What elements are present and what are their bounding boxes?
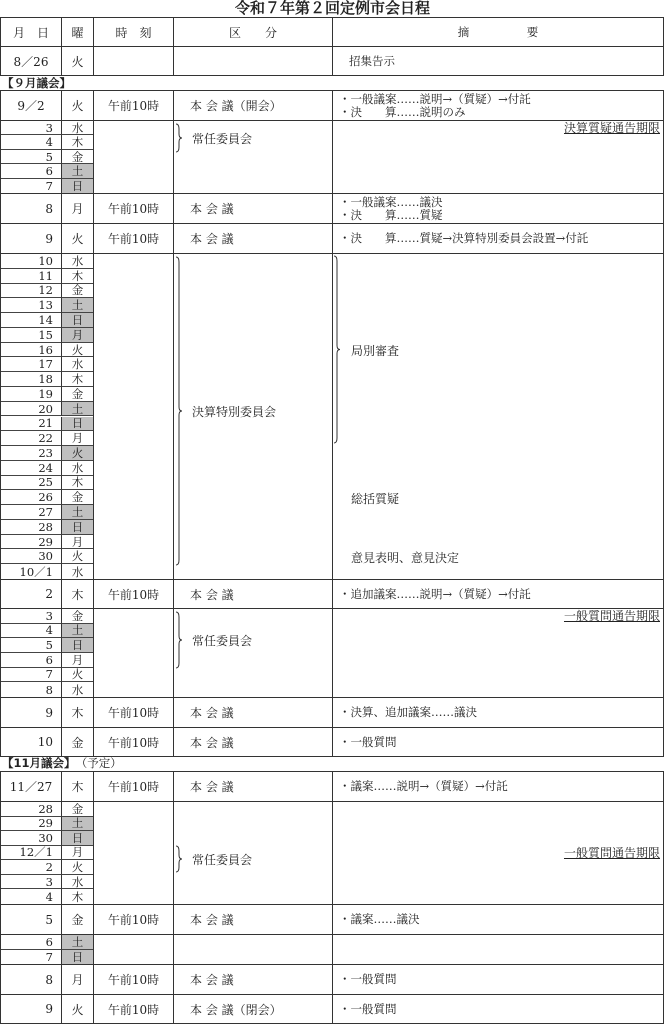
day-row: 27土 xyxy=(1,505,93,520)
dow-cell-holiday: 日 xyxy=(61,417,93,432)
table-row: 9／2火午前10時本 会 議（開会）・一般議案……説明→（質疑）→付託・決 算…… xyxy=(0,90,664,121)
summary-cell: ・一般議案……説明→（質疑）→付託・決 算……説明のみ xyxy=(332,91,663,120)
date-cell: 8 xyxy=(1,194,61,223)
date-cell: 4 xyxy=(1,135,61,149)
date-cell: 9 xyxy=(1,995,61,1023)
date-cell: 10／1 xyxy=(1,564,61,579)
date-cell: 28 xyxy=(1,802,61,817)
dow-cell: 木 xyxy=(61,269,93,284)
date-cell: 21 xyxy=(1,417,61,432)
summary-line: ・決算、追加議案……議決 xyxy=(339,706,477,719)
section-label-november: 【11月議会】（予定） xyxy=(2,756,122,770)
date-cell: 15 xyxy=(1,328,61,343)
day-row: 25木 xyxy=(1,476,93,491)
header-summary: 摘 要 xyxy=(332,18,663,46)
table-row: 8月午前10時本 会 議・一般議案……議決・決 算……質疑 xyxy=(0,193,664,224)
dow-cell: 火 xyxy=(61,668,93,683)
time-cell xyxy=(93,121,173,193)
day-row: 6土 xyxy=(1,164,93,178)
dow-cell: 木 xyxy=(61,372,93,387)
dow-cell-holiday: 月 xyxy=(61,328,93,343)
time-cell xyxy=(93,802,173,904)
date-cell: 7 xyxy=(1,179,61,193)
time-cell: 午前10時 xyxy=(93,772,173,801)
committee-label: 決算特別委員会 xyxy=(192,403,276,420)
date-cell: 8 xyxy=(1,965,61,994)
header-date: 月 日 xyxy=(1,18,61,46)
date-cell: 19 xyxy=(1,387,61,402)
day-row: 16火 xyxy=(1,343,93,358)
dow-cell: 木 xyxy=(61,698,93,727)
day-row: 29月 xyxy=(1,535,93,550)
summary-line: ・追加議案……説明→（質疑）→付託 xyxy=(339,588,531,601)
date-cell: 5 xyxy=(1,638,61,653)
deadline-note: 一般質問通告期限 xyxy=(564,607,660,624)
dow-cell-holiday: 火 xyxy=(61,446,93,461)
day-row: 7日 xyxy=(1,179,93,193)
date-cell: 16 xyxy=(1,343,61,358)
committee-label: 常任委員会 xyxy=(192,130,252,147)
table-row: 8月午前10時本 会 議・一般質問 xyxy=(0,964,664,995)
day-row: 20土 xyxy=(1,402,93,417)
summary-line: ・議案……説明→（質疑）→付託 xyxy=(339,780,508,793)
summary-cell: ・議案……議決 xyxy=(332,905,663,934)
date-cell: 29 xyxy=(1,817,61,832)
dow-cell: 月 xyxy=(61,653,93,668)
summary-line: ・一般質問 xyxy=(339,736,397,749)
summary-cell: 一般質問通告期限 xyxy=(332,609,663,697)
day-row: 10水 xyxy=(1,254,93,269)
kind-cell: 本 会 議 xyxy=(173,965,332,994)
kind-cell: 本 会 議（閉会） xyxy=(173,995,332,1023)
date-cell: 9／2 xyxy=(1,91,61,120)
time-cell: 午前10時 xyxy=(93,194,173,223)
table-row: 2木午前10時本 会 議・追加議案……説明→（質疑）→付託 xyxy=(0,579,664,609)
date-cell: 27 xyxy=(1,505,61,520)
day-row: 6月 xyxy=(1,653,93,668)
brace-icon xyxy=(175,123,183,153)
dow-cell: 月 xyxy=(61,965,93,994)
phase-label: 局別審査 xyxy=(351,342,399,359)
table-row: 9火午前10時本 会 議・決 算……質疑→決算特別委員会設置→付託 xyxy=(0,223,664,254)
dow-cell: 金 xyxy=(61,609,93,624)
date-cell: 17 xyxy=(1,357,61,372)
dow-cell: 金 xyxy=(61,728,93,756)
date-cell: 9 xyxy=(1,698,61,727)
date-cell: 18 xyxy=(1,372,61,387)
dow-cell-holiday: 土 xyxy=(61,624,93,639)
dow-cell-holiday: 日 xyxy=(61,950,93,965)
day-row: 17水 xyxy=(1,357,93,372)
kind-cell: 本 会 議 xyxy=(173,224,332,253)
kind-cell: 常任委員会 xyxy=(173,802,332,904)
day-row: 4木 xyxy=(1,889,93,904)
header-dow: 曜 xyxy=(61,18,93,46)
day-row: 11木 xyxy=(1,269,93,284)
summary-cell: ・一般質問 xyxy=(332,965,663,994)
day-row: 18木 xyxy=(1,372,93,387)
dow-cell: 火 xyxy=(61,47,93,75)
day-row: 7火 xyxy=(1,668,93,683)
time-cell xyxy=(93,609,173,697)
dow-cell: 木 xyxy=(61,580,93,608)
summary-line: ・一般質問 xyxy=(339,1003,397,1016)
time-cell xyxy=(93,254,173,579)
day-row: 23火 xyxy=(1,446,93,461)
table-row-group: 3水4木5金6土7日常任委員会決算質疑通告期限 xyxy=(0,120,664,194)
day-row: 22月 xyxy=(1,431,93,446)
dow-cell-holiday: 土 xyxy=(61,505,93,520)
dow-cell: 月 xyxy=(61,535,93,550)
summary-line: ・議案……議決 xyxy=(339,913,420,926)
table-row: 5金午前10時本 会 議・議案……議決 xyxy=(0,904,664,935)
summary-cell: 招集告示 xyxy=(332,47,663,75)
summary-line: ・決 算……質疑 xyxy=(339,209,443,222)
phase-label: 意見表明、意見決定 xyxy=(351,549,459,566)
time-cell xyxy=(93,935,173,964)
dow-cell: 金 xyxy=(61,490,93,505)
summary-cell: 一般質問通告期限 xyxy=(332,802,663,904)
table-header: 月 日 曜 時 刻 区 分 摘 要 xyxy=(0,17,664,47)
dow-cell-holiday: 日 xyxy=(61,179,93,193)
date-cell: 22 xyxy=(1,431,61,446)
kind-cell: 本 会 議 xyxy=(173,728,332,756)
time-cell: 午前10時 xyxy=(93,965,173,994)
day-row: 4土 xyxy=(1,624,93,639)
day-row: 6土 xyxy=(1,935,93,950)
dow-cell-holiday: 土 xyxy=(61,164,93,178)
day-row: 26金 xyxy=(1,490,93,505)
time-cell: 午前10時 xyxy=(93,224,173,253)
date-cell: 11 xyxy=(1,269,61,284)
date-cell: 12 xyxy=(1,284,61,299)
summary-cell: 局別審査総括質疑意見表明、意見決定 xyxy=(332,254,663,579)
day-row: 19金 xyxy=(1,387,93,402)
date-cell: 20 xyxy=(1,402,61,417)
dow-cell: 月 xyxy=(61,194,93,223)
time-cell xyxy=(93,47,173,75)
date-cell: 7 xyxy=(1,668,61,683)
day-row: 21日 xyxy=(1,417,93,432)
date-cell: 6 xyxy=(1,653,61,668)
dow-cell: 火 xyxy=(61,224,93,253)
dow-cell: 水 xyxy=(61,254,93,269)
table-row-group: 3金4土5日6月7火8水常任委員会一般質問通告期限 xyxy=(0,608,664,698)
kind-cell: 常任委員会 xyxy=(173,121,332,193)
kind-cell: 常任委員会 xyxy=(173,609,332,697)
date-cell: 6 xyxy=(1,935,61,950)
day-row: 10／1水 xyxy=(1,564,93,579)
dow-cell: 金 xyxy=(61,387,93,402)
summary-cell: ・決算、追加議案……議決 xyxy=(332,698,663,727)
day-row: 28日 xyxy=(1,520,93,535)
summary-cell: 決算質疑通告期限 xyxy=(332,121,663,193)
date-cell: 3 xyxy=(1,609,61,624)
date-cell: 5 xyxy=(1,150,61,164)
date-cell: 3 xyxy=(1,875,61,890)
dow-cell: 金 xyxy=(61,905,93,934)
kind-cell: 本 会 議 xyxy=(173,580,332,608)
date-cell: 28 xyxy=(1,520,61,535)
summary-cell xyxy=(332,935,663,964)
table-row-group: 10水11木12金13土14日15月16火17水18木19金20土21日22月2… xyxy=(0,253,664,580)
dow-cell: 木 xyxy=(61,889,93,904)
kind-cell: 本 会 議 xyxy=(173,772,332,801)
dow-cell: 火 xyxy=(61,995,93,1023)
page-title: 令和７年第２回定例市会日程 xyxy=(0,0,665,17)
date-cell: 2 xyxy=(1,860,61,875)
time-cell: 午前10時 xyxy=(93,91,173,120)
committee-label: 常任委員会 xyxy=(192,632,252,649)
date-cell: 13 xyxy=(1,298,61,313)
kind-cell: 決算特別委員会 xyxy=(173,254,332,579)
date-cell: 4 xyxy=(1,889,61,904)
time-cell: 午前10時 xyxy=(93,580,173,608)
date-cell: 23 xyxy=(1,446,61,461)
summary-line: ・一般議案……説明→（質疑）→付託 xyxy=(339,93,531,106)
dow-cell-holiday: 日 xyxy=(61,313,93,328)
dow-cell-holiday: 日 xyxy=(61,638,93,653)
table-row: 8／26 火 招集告示 xyxy=(0,46,664,76)
time-cell: 午前10時 xyxy=(93,905,173,934)
date-cell: 8 xyxy=(1,682,61,697)
day-row: 3水 xyxy=(1,875,93,890)
date-cell: 4 xyxy=(1,624,61,639)
day-row: 12金 xyxy=(1,284,93,299)
time-cell: 午前10時 xyxy=(93,995,173,1023)
brace-icon xyxy=(333,255,341,444)
day-row: 14日 xyxy=(1,313,93,328)
day-row: 15月 xyxy=(1,328,93,343)
dow-cell: 火 xyxy=(61,91,93,120)
kind-cell xyxy=(173,47,332,75)
summary-cell: ・追加議案……説明→（質疑）→付託 xyxy=(332,580,663,608)
summary-line: ・決 算……説明のみ xyxy=(339,106,466,119)
table-row: 10金午前10時本 会 議・一般質問 xyxy=(0,727,664,757)
dow-cell: 水 xyxy=(61,564,93,579)
phase-label: 総括質疑 xyxy=(351,490,399,507)
table-row: 11／27木午前10時本 会 議・議案……説明→（質疑）→付託 xyxy=(0,771,664,802)
dow-cell: 木 xyxy=(61,772,93,801)
day-row: 13土 xyxy=(1,298,93,313)
kind-cell: 本 会 議（開会） xyxy=(173,91,332,120)
dow-cell: 月 xyxy=(61,431,93,446)
day-row: 3金 xyxy=(1,609,93,624)
date-cell: 10 xyxy=(1,254,61,269)
deadline-note: 決算質疑通告期限 xyxy=(564,119,660,136)
dow-cell-holiday: 土 xyxy=(61,298,93,313)
kind-cell: 本 会 議 xyxy=(173,905,332,934)
summary-cell: ・一般質問 xyxy=(332,995,663,1023)
brace-icon xyxy=(175,611,183,669)
date-cell: 6 xyxy=(1,164,61,178)
date-cell: 30 xyxy=(1,549,61,564)
date-cell: 25 xyxy=(1,476,61,491)
day-row: 24水 xyxy=(1,461,93,476)
kind-cell: 本 会 議 xyxy=(173,194,332,223)
dow-cell: 水 xyxy=(61,875,93,890)
brace-icon xyxy=(175,256,183,566)
dow-cell-holiday: 日 xyxy=(61,520,93,535)
header-kind: 区 分 xyxy=(173,18,332,46)
summary-line: ・一般質問 xyxy=(339,973,397,986)
day-row: 7日 xyxy=(1,950,93,965)
day-row: 30火 xyxy=(1,549,93,564)
summary-line: 招集告示 xyxy=(349,55,395,68)
day-row: 5日 xyxy=(1,638,93,653)
dow-cell: 火 xyxy=(61,343,93,358)
dow-cell: 木 xyxy=(61,476,93,491)
table-row-group: 28金29土30日12／1月2火3水4木常任委員会一般質問通告期限 xyxy=(0,801,664,905)
dow-cell: 金 xyxy=(61,284,93,299)
dow-cell: 水 xyxy=(61,682,93,697)
date-cell: 10 xyxy=(1,728,61,756)
time-cell: 午前10時 xyxy=(93,698,173,727)
dow-cell-holiday: 土 xyxy=(61,935,93,950)
date-cell: 9 xyxy=(1,224,61,253)
date-cell: 3 xyxy=(1,121,61,135)
date-cell: 29 xyxy=(1,535,61,550)
time-cell: 午前10時 xyxy=(93,728,173,756)
date-cell: 8／26 xyxy=(1,47,61,75)
deadline-note: 一般質問通告期限 xyxy=(564,844,660,861)
dow-cell: 水 xyxy=(61,357,93,372)
day-row: 8水 xyxy=(1,682,93,697)
table-row: 9火午前10時本 会 議（閉会）・一般質問 xyxy=(0,994,664,1024)
summary-cell: ・一般質問 xyxy=(332,728,663,756)
date-cell: 14 xyxy=(1,313,61,328)
date-cell: 12／1 xyxy=(1,846,61,861)
summary-cell: ・議案……説明→（質疑）→付託 xyxy=(332,772,663,801)
summary-line: ・決 算……質疑→決算特別委員会設置→付託 xyxy=(339,232,588,245)
dow-cell: 火 xyxy=(61,549,93,564)
dow-cell: 水 xyxy=(61,461,93,476)
date-cell: 11／27 xyxy=(1,772,61,801)
date-cell: 7 xyxy=(1,950,61,965)
dow-cell-holiday: 土 xyxy=(61,402,93,417)
table-row-group: 6土7日 xyxy=(0,934,664,965)
section-label-september: 【９月議会】 xyxy=(2,76,71,90)
summary-cell: ・一般議案……議決・決 算……質疑 xyxy=(332,194,663,223)
header-time: 時 刻 xyxy=(93,18,173,46)
date-cell: 24 xyxy=(1,461,61,476)
kind-cell: 本 会 議 xyxy=(173,698,332,727)
kind-cell xyxy=(173,935,332,964)
date-cell: 5 xyxy=(1,905,61,934)
table-row: 9木午前10時本 会 議・決算、追加議案……議決 xyxy=(0,697,664,728)
committee-label: 常任委員会 xyxy=(192,851,252,868)
date-cell: 26 xyxy=(1,490,61,505)
brace-icon xyxy=(175,845,183,873)
summary-line: ・一般議案……議決 xyxy=(339,196,443,209)
date-cell: 2 xyxy=(1,580,61,608)
summary-cell: ・決 算……質疑→決算特別委員会設置→付託 xyxy=(332,224,663,253)
